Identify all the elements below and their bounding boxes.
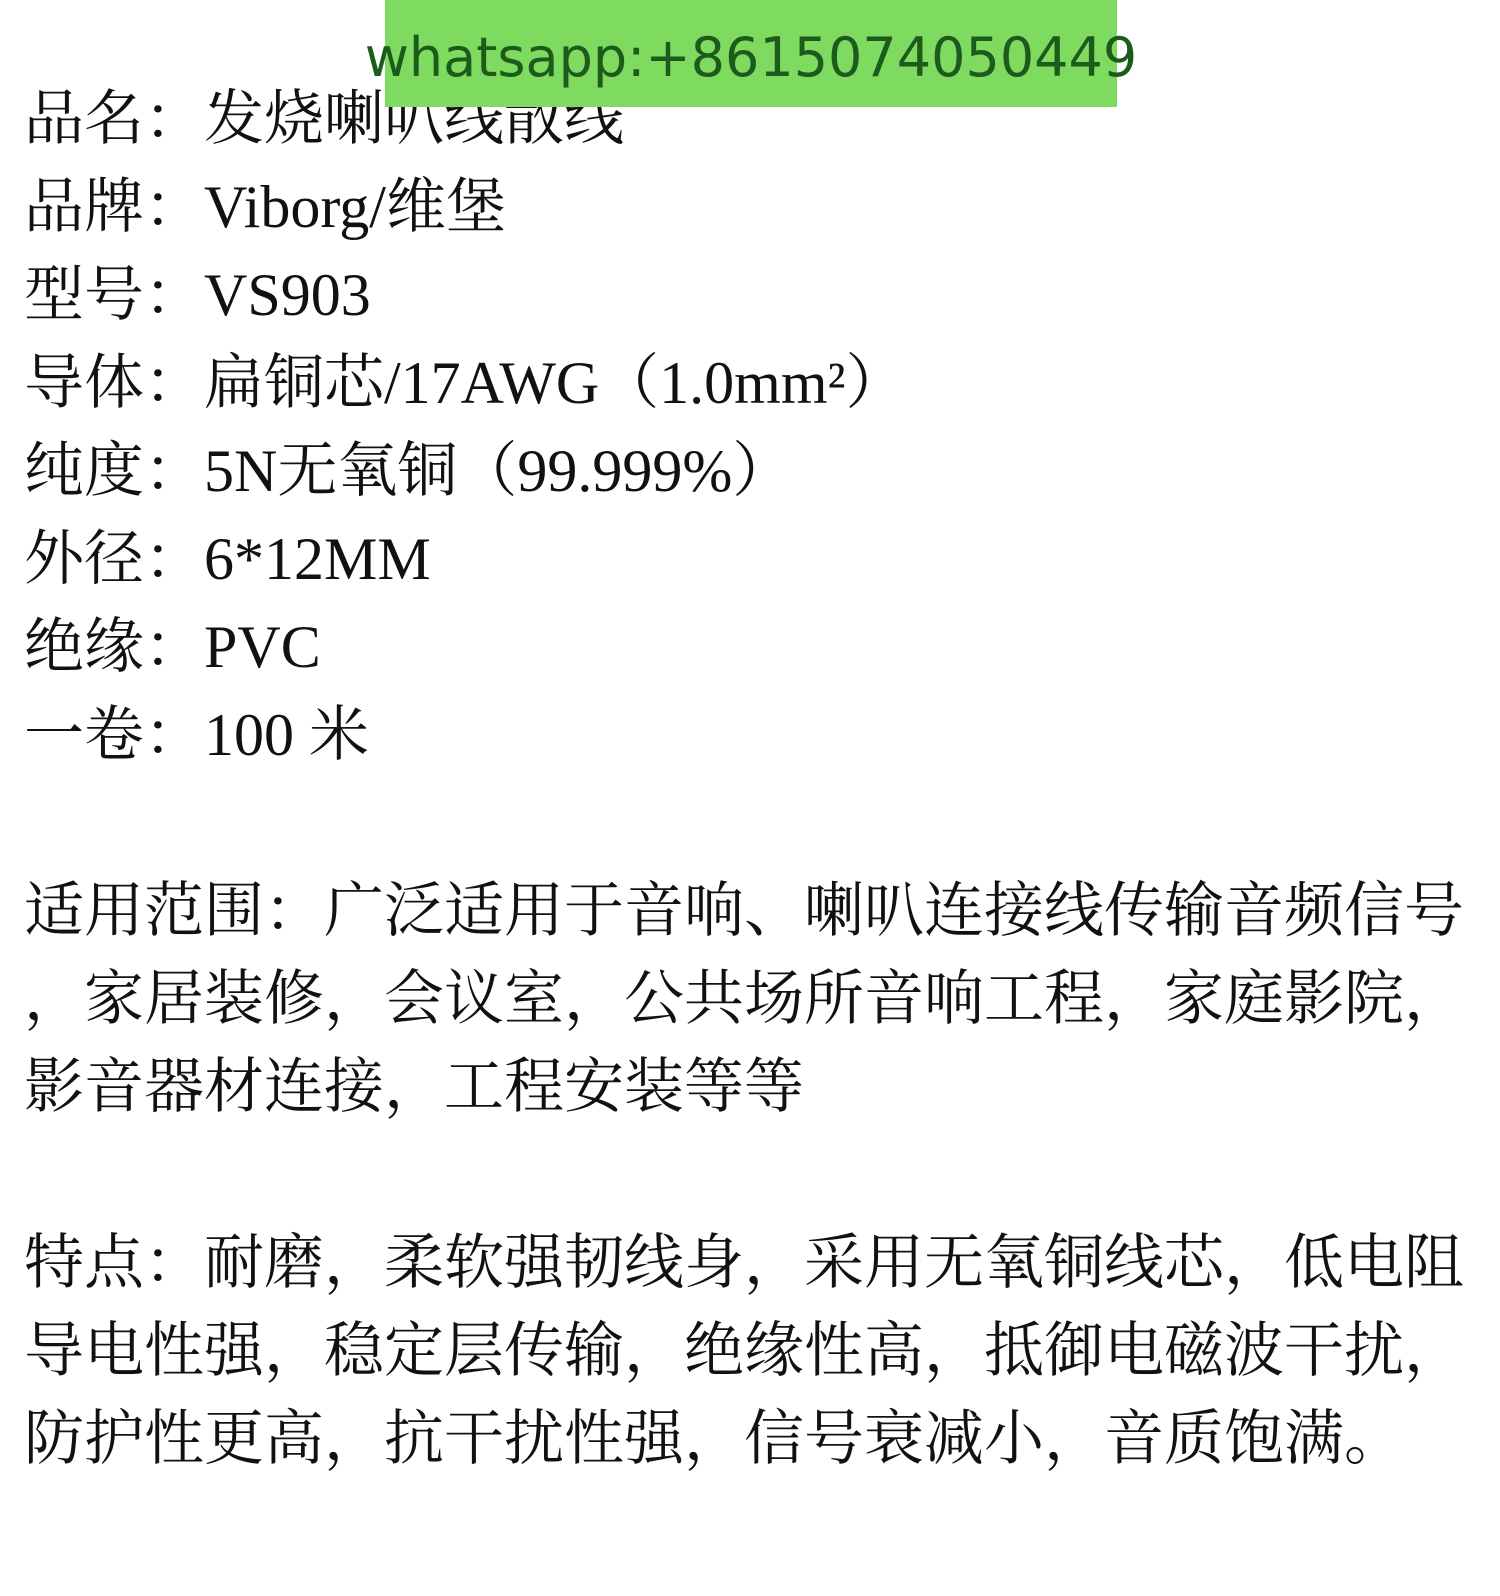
spec-outer-diameter: 外径：6*12MM: [24, 515, 1476, 603]
spec-conductor: 导体：扁铜芯/17AWG（1.0mm²）: [24, 339, 1476, 427]
product-description-page: whatsapp:+8615074050449 品名：发烧喇叭线散线 品牌：Vi…: [0, 0, 1500, 1596]
spec-model: 型号：VS903: [24, 251, 1476, 339]
whatsapp-contact-text: whatsapp:+8615074050449: [365, 18, 1138, 89]
whatsapp-banner: whatsapp:+8615074050449: [385, 0, 1117, 107]
spec-brand: 品牌：Viborg/维堡: [24, 163, 1476, 251]
spec-purity: 纯度：5N无氧铜（99.999%）: [24, 427, 1476, 515]
blank-line: [24, 1131, 1476, 1219]
spec-insulation: 绝缘：PVC: [24, 603, 1476, 691]
features-paragraph: 特点：耐磨，柔软强韧线身，采用无氧铜线芯，低电阻 导电性强，稳定层传输，绝缘性高…: [24, 1219, 1476, 1483]
product-spec-list: 品名：发烧喇叭线散线 品牌：Viborg/维堡 型号：VS903 导体：扁铜芯/…: [24, 75, 1476, 1483]
blank-line: [24, 779, 1476, 867]
usage-scope-paragraph: 适用范围：广泛适用于音响、喇叭连接线传输音频信号 ，家居装修，会议室，公共场所音…: [24, 867, 1476, 1131]
spec-roll-length: 一卷：100 米: [24, 691, 1476, 779]
